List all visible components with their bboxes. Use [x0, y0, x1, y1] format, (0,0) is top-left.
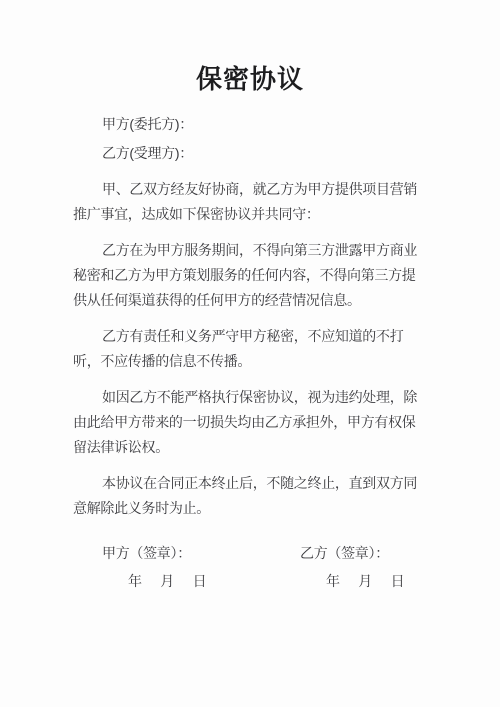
party-b-line: 乙方(受理方)： — [73, 141, 419, 166]
document-page: 保密协议 甲方(委托方)： 乙方(受理方)： 甲、乙双方经友好协商，就乙方为甲方… — [0, 0, 500, 707]
paragraph-clause-4: 本协议在合同正本终止后，不随之终止，直到双方同意解除此义务时为止。 — [73, 471, 419, 521]
paragraph-preamble: 甲、乙双方经友好协商，就乙方为甲方提供项目营销推广事宜，达成如下保密协议并共同守… — [73, 177, 419, 227]
party-a-date-line: 年 月 日 — [102, 569, 262, 594]
document-body: 甲方(委托方)： 乙方(受理方)： 甲、乙双方经友好协商，就乙方为甲方提供项目营… — [0, 112, 419, 521]
paragraph-clause-3: 如因乙方不能严格执行保密协议，视为违约处理，除由此给甲方带来的一切损失均由乙方承… — [73, 385, 419, 460]
paragraph-clause-1: 乙方在为甲方服务期间，不得向第三方泄露甲方商业秘密和乙方为甲方策划服务的任何内容… — [73, 238, 419, 313]
party-b-signature-label: 乙方（签章）： — [300, 541, 460, 566]
paragraph-clause-2: 乙方有责任和义务严守甲方秘密，不应知道的不打听，不应传播的信息不传播。 — [73, 324, 419, 374]
party-b-signature-column: 乙方（签章）： 年 月 日 — [300, 541, 460, 594]
document-title: 保密协议 — [0, 0, 500, 96]
party-a-line: 甲方(委托方)： — [73, 112, 419, 137]
signature-section: 甲方（签章）： 年 月 日 乙方（签章）： 年 月 日 — [0, 541, 500, 594]
party-a-signature-column: 甲方（签章）： 年 月 日 — [102, 541, 262, 594]
party-b-date-line: 年 月 日 — [300, 569, 460, 594]
party-a-signature-label: 甲方（签章）： — [102, 541, 262, 566]
